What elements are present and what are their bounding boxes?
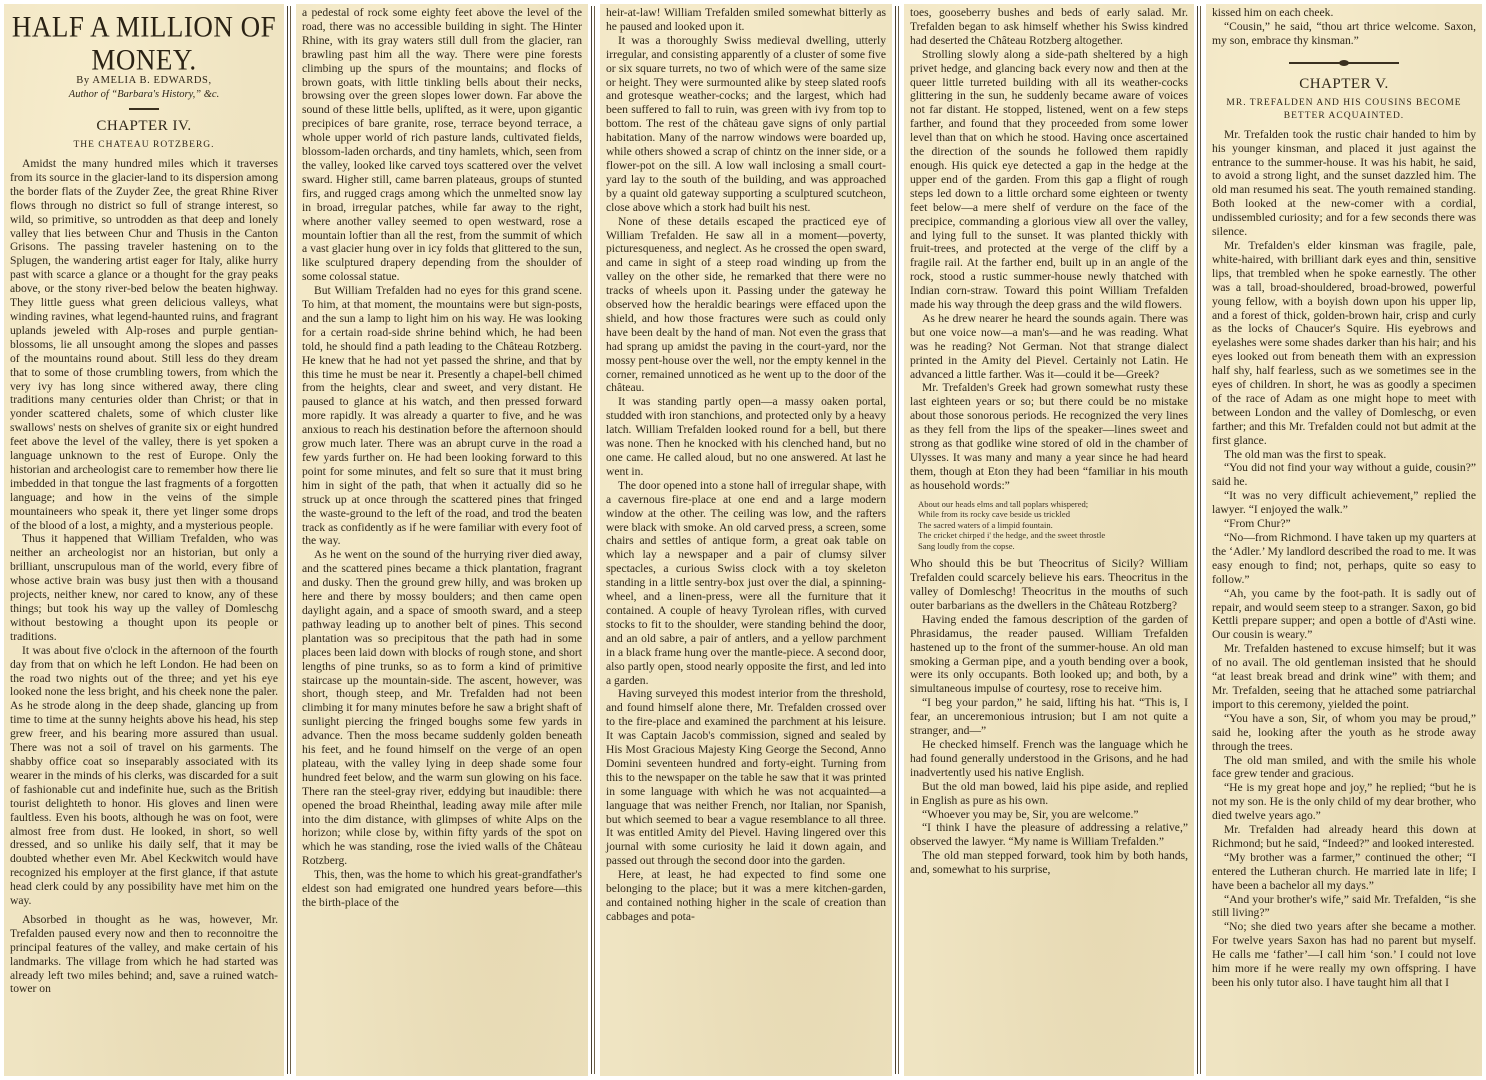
title-rule [129, 108, 159, 110]
column-divider [895, 6, 896, 1074]
paragraph: He checked himself. French was the langu… [910, 738, 1188, 780]
paragraph: The old man smiled, and with the smile h… [1212, 754, 1476, 782]
chapter-iv-subtitle: THE CHATEAU ROTZBERG. [10, 139, 278, 152]
paragraph: This, then, was the home to which his gr… [302, 868, 582, 910]
paragraph: The old man stepped forward, took him by… [910, 849, 1188, 877]
paragraph: “No; she died two years after she became… [1212, 920, 1476, 990]
paragraph: It was standing partly open—a massy oake… [606, 395, 886, 478]
author-credit: Author of “Barbara's History,” &c. [10, 88, 278, 101]
paragraph: Absorbed in thought as he was, however, … [10, 913, 278, 996]
paragraph: heir-at-law! William Trefalden smiled so… [606, 6, 886, 34]
chapter-v-heading: CHAPTER V. [1212, 74, 1476, 94]
paragraph: Strolling slowly along a side-path shelt… [910, 48, 1188, 312]
paragraph: Amidst the many hundred miles which it t… [10, 157, 278, 532]
column-1: HALF A MILLION OF MONEY. By AMELIA B. ED… [4, 4, 284, 1076]
paragraph: “Whoever you may be, Sir, you are welcom… [910, 808, 1188, 822]
verse-line: The sacred waters of a limpid fountain. [918, 520, 1188, 531]
chapter-iv-heading: CHAPTER IV. [10, 116, 278, 136]
ornamental-rule [1289, 62, 1399, 64]
paragraph: toes, gooseberry bushes and beds of earl… [910, 6, 1188, 48]
paragraph: “No—from Richmond. I have taken up my qu… [1212, 531, 1476, 587]
column-5: kissed him on each cheek. “Cousin,” he s… [1206, 4, 1482, 1076]
paragraph: “And your brother's wife,” said Mr. Tref… [1212, 893, 1476, 921]
verse-line: While from its rocky cave beside us tric… [918, 509, 1188, 520]
paragraph: Mr. Trefalden had already heard this dow… [1212, 823, 1476, 851]
paragraph: The old man was the first to speak. [1212, 448, 1476, 462]
paragraph: Here, at least, he had expected to find … [606, 868, 886, 924]
paragraph: “Ah, you came by the foot-path. It is sa… [1212, 587, 1476, 643]
paragraph: As he drew nearer he heard the sounds ag… [910, 312, 1188, 382]
story-title: HALF A MILLION OF MONEY. [10, 10, 278, 76]
verse-quotation: About our heads elms and tall poplars wh… [918, 499, 1188, 552]
paragraph: Mr. Trefalden's Greek had grown somewhat… [910, 381, 1188, 492]
paragraph: “You did not find your way without a gui… [1212, 461, 1476, 489]
paragraph: “Cousin,” he said, “thou art thrice welc… [1212, 20, 1476, 48]
paragraph: Having surveyed this modest interior fro… [606, 687, 886, 868]
column-2: a pedestal of rock some eighty feet abov… [296, 4, 588, 1076]
paragraph: It was a thoroughly Swiss medieval dwell… [606, 34, 886, 215]
paragraph: Mr. Trefalden's elder kinsman was fragil… [1212, 239, 1476, 448]
verse-line: About our heads elms and tall poplars wh… [918, 499, 1188, 510]
paragraph: “From Chur?” [1212, 517, 1476, 531]
paragraph: “It was no very difficult achievement,” … [1212, 489, 1476, 517]
column-divider [287, 6, 288, 1074]
paragraph: None of these details escaped the practi… [606, 215, 886, 396]
paragraph: It was about five o'clock in the afterno… [10, 644, 278, 908]
paragraph: “He is my great hope and joy,” he replie… [1212, 781, 1476, 823]
paragraph: kissed him on each cheek. [1212, 6, 1476, 20]
paragraph: The door opened into a stone hall of irr… [606, 479, 886, 688]
paragraph: “My brother was a farmer,” continued the… [1212, 851, 1476, 893]
newspaper-page: HALF A MILLION OF MONEY. By AMELIA B. ED… [0, 0, 1486, 1080]
paragraph: Thus it happened that William Trefalden,… [10, 532, 278, 643]
column-divider [1197, 6, 1198, 1074]
paragraph: As he went on the sound of the hurrying … [302, 548, 582, 868]
column-divider [591, 6, 592, 1074]
paragraph: But William Trefalden had no eyes for th… [302, 284, 582, 548]
paragraph: Mr. Trefalden hastened to excuse himself… [1212, 642, 1476, 712]
column-4: toes, gooseberry bushes and beds of earl… [904, 4, 1194, 1076]
paragraph: “I think I have the pleasure of addressi… [910, 821, 1188, 849]
paragraph: Who should this be but Theocritus of Sic… [910, 557, 1188, 613]
paragraph: But the old man bowed, laid his pipe asi… [910, 780, 1188, 808]
paragraph: “You have a son, Sir, of whom you may be… [1212, 712, 1476, 754]
paragraph: a pedestal of rock some eighty feet abov… [302, 6, 582, 284]
paragraph: Having ended the famous description of t… [910, 613, 1188, 696]
verse-line: Sang loudly from the copse. [918, 541, 1188, 552]
column-3: heir-at-law! William Trefalden smiled so… [600, 4, 892, 1076]
author-byline: By AMELIA B. EDWARDS, [10, 74, 278, 88]
paragraph: “I beg your pardon,” he said, lifting hi… [910, 696, 1188, 738]
chapter-v-subtitle: MR. TREFALDEN AND HIS COUSINS BECOME BET… [1212, 97, 1476, 123]
paragraph: Mr. Trefalden took the rustic chair hand… [1212, 128, 1476, 239]
verse-line: The cricket chirped i' the hedge, and th… [918, 530, 1188, 541]
